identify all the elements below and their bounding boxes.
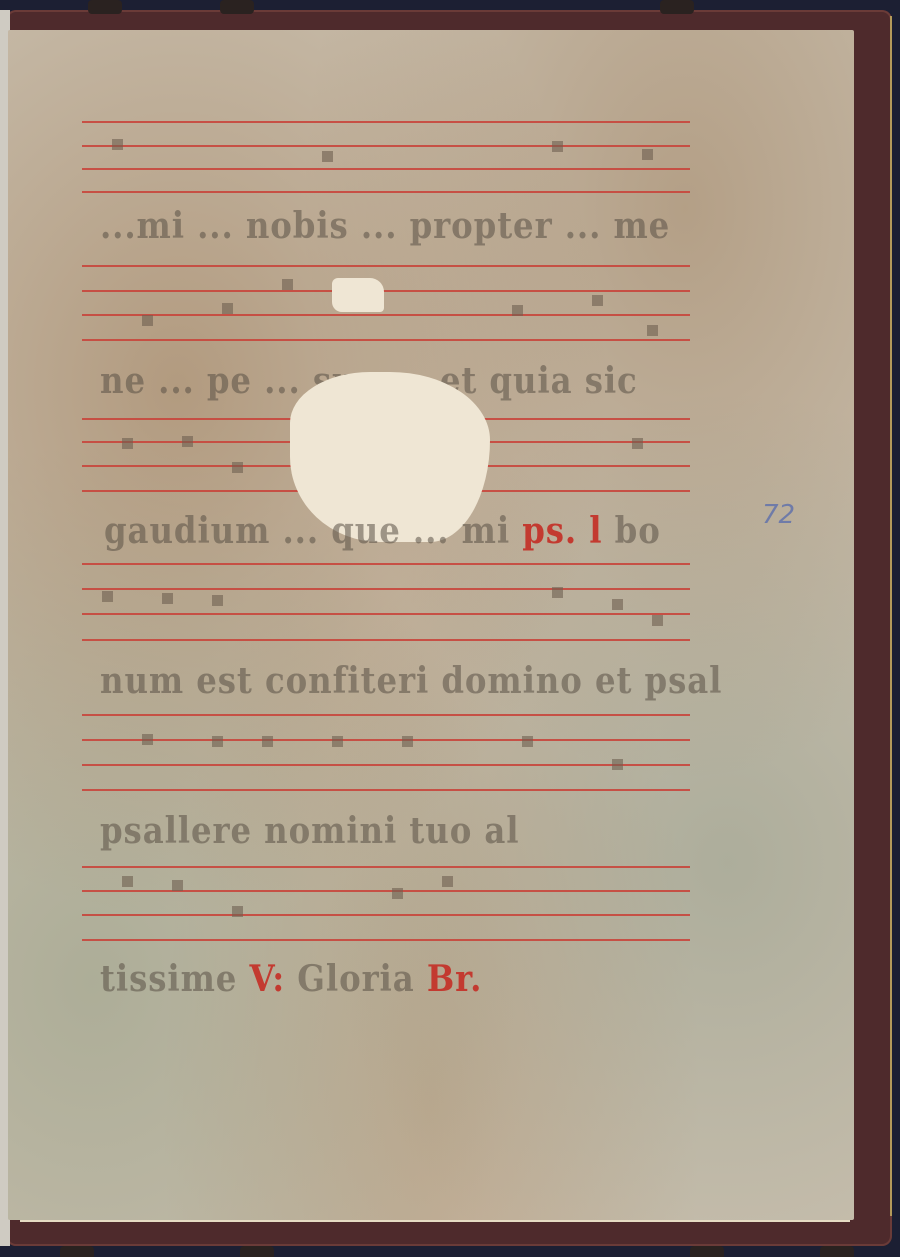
rubric-psalm: ps. l: [522, 510, 602, 552]
folio-number: 72: [762, 500, 795, 530]
binding-stud: [60, 1246, 94, 1257]
binding-stud: [220, 0, 254, 14]
binding-stud: [88, 0, 122, 14]
rubric-versicle: V:: [249, 958, 285, 1000]
text-line: gaudium ... que ... mi ps. l bo: [104, 510, 661, 552]
rubric-br: Br.: [427, 958, 482, 1000]
gilt-edge: [890, 16, 892, 1216]
text-line: num est confiteri domino et psal: [100, 660, 722, 702]
binding-stud: [240, 1246, 274, 1257]
text-line: psallere nomini tuo al: [100, 810, 520, 852]
text-line: tissime V: Gloria Br.: [100, 958, 482, 1000]
binding-stud: [690, 1246, 724, 1257]
text-line: ...mi ... nobis ... propter ... me: [100, 205, 670, 247]
binding-stud: [820, 1246, 854, 1257]
binding-stud: [660, 0, 694, 14]
parchment-hole: [332, 278, 384, 312]
